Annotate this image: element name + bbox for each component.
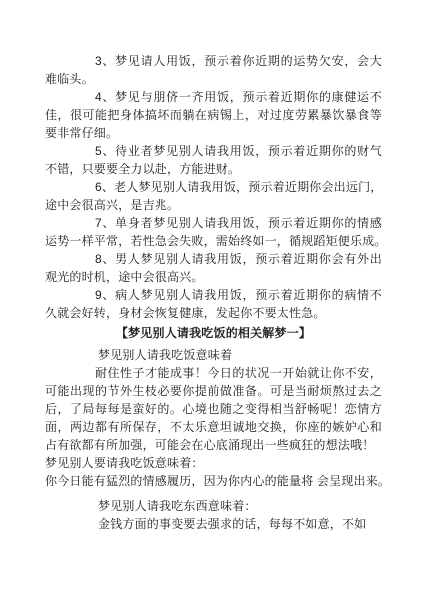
text-line: 运势一样平常，若性急会失败，需始终如一，循规蹈矩便乐成。 <box>45 232 382 250</box>
text-line: 4、梦见与朋侪一齐用饭，预示着近期你的康健运不 <box>45 88 382 106</box>
sub-heading: 梦见别人请我吃饭意味着 <box>45 346 382 364</box>
text-line: 金钱方面的事变要去强求的话，每每不如意，不如 <box>45 515 382 533</box>
text-line: 9、病人梦见别人请我用饭，预示着近期你的病情不 <box>45 286 382 304</box>
text-line: 要非常仔细。 <box>45 124 382 142</box>
text-line: 面，两边都有所保存，不太乐意坦诚地交换，你座的嫉妒心和 <box>45 418 382 436</box>
text-line: 佳，很可能把身体搞坏而躺在病锡上，对过度劳累暴饮暴食等 <box>45 106 382 124</box>
section-heading: 【梦见别人请我吃饭的相关解梦一】 <box>45 324 382 342</box>
document-page: 3、梦见请人用饭，预示着你近期的运势欠安，会大难临头。4、梦见与朋侪一齐用饭，预… <box>0 0 424 600</box>
text-line: 后，了局每每是蛮好的。心境也随之变得相当舒畅呢！恋情方 <box>45 400 382 418</box>
text-line: 占有欲都有所加强，可能会在心底涌现出一些疯狂的想法哦！ <box>45 436 382 454</box>
text-line: 久就会好转，身材会恢复健康，发起你不要太性急。 <box>45 304 382 322</box>
text-line: 你今日能有猛烈的情感履历，因为你内心的能量将 会呈现出来。 <box>45 472 382 490</box>
text-line: 8、男人梦见别人请我用饭，预示着近期你会有外出 <box>45 250 382 268</box>
text-line: 观光的时机，途中会很高兴。 <box>45 268 382 286</box>
text-line: 梦见别人要请我吃饭意味着： <box>45 454 382 472</box>
text-line: 3、梦见请人用饭，预示着你近期的运势欠安，会大 <box>45 52 382 70</box>
text-line: 不错，只要要全力以赴，方能进财。 <box>45 160 382 178</box>
text-line: 5、待业者梦见别人请我用饭，预示着近期你的财气 <box>45 142 382 160</box>
text-line: 7、单身者梦见别人请我用饭，预示着近期你的情感 <box>45 214 382 232</box>
text-line: 耐住性子才能成事！今日的状况一开始就让你不安， <box>45 364 382 382</box>
document-body: 3、梦见请人用饭，预示着你近期的运势欠安，会大难临头。4、梦见与朋侪一齐用饭，预… <box>45 52 382 533</box>
sub-heading: 梦见别人请我吃东西意味着： <box>45 497 382 515</box>
text-line: 可能出现的节外生枝必要你提前做准备。可是当耐烦熬过去之 <box>45 382 382 400</box>
text-line: 难临头。 <box>45 70 382 88</box>
text-line: 6、老人梦见别人请我用饭，预示着近期你会出远门， <box>45 178 382 196</box>
text-line: 途中会很高兴，是吉兆。 <box>45 196 382 214</box>
